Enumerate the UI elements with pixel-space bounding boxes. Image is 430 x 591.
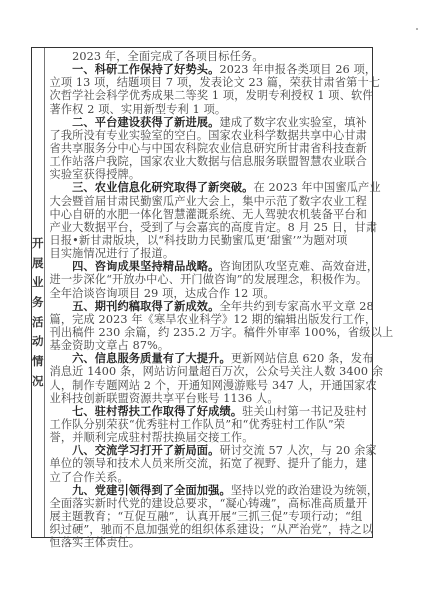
paragraph-line: 省共享服务分中心与中国农科院农业信息研究所甘肃省科技查新 xyxy=(50,142,394,155)
paragraph-heading: 四、咨询成果坚持精品战略。 xyxy=(72,259,219,273)
paragraph-text: 坚持以党的政治建设为统领， xyxy=(231,484,378,497)
paragraph-line: 消息近 1400 条，网站访问量超百万次，公众号关注人数 3400 余 xyxy=(50,365,394,378)
section-label-char: 况 xyxy=(32,372,44,392)
paragraph-first-line: 九、党建引领得到了全面加强。坚持以党的政治建设为统领， xyxy=(50,484,394,497)
section-label-char: 情 xyxy=(32,352,44,372)
paragraph-line: 进一步深化“开放办中心、开门做咨询”的发展理念，积极作为。 xyxy=(50,273,394,286)
paragraph-heading: 五、期刊约稿取得了新成效。 xyxy=(72,299,219,313)
paragraph-text: 咨询团队攻坚克难、高效奋进， xyxy=(219,260,378,273)
paragraph-line: 工作站落户我院，国家农业大数据与信息服务联盟智慧农业联合 xyxy=(50,155,394,168)
paragraph-line: 单位的领导和技术人员来所交流，拓宽了视野、提升了能力，建 xyxy=(50,457,394,470)
paragraph-first-line: 七、驻村帮扶工作取得了好成绩。驻关山村第一书记及驻村 xyxy=(50,405,394,418)
paragraph-first-line: 三、农业信息化研究取得了新突破。在 2023 年中国蜜瓜产业 xyxy=(50,181,394,194)
paragraph-text: 驻关山村第一书记及驻村 xyxy=(242,405,367,418)
section-label-char: 动 xyxy=(32,332,44,352)
paragraph-first-line: 八、交流学习打开了新局面。研讨交流 57 人次，与 20 余家 xyxy=(50,444,394,457)
paragraph-research: 一、科研工作保持了好势头。2023 年申报各类项目 26 项， 立项 13 项，… xyxy=(50,63,394,116)
section-label-char: 务 xyxy=(32,293,44,313)
paragraph-line: 全面落实新时代党的建设总要求，“凝心铸魂”，高标准高质量开 xyxy=(50,497,394,510)
paragraph-heading: 九、党建引领得到了全面加强。 xyxy=(72,483,231,497)
paragraph-line: 人，制作专题网站 2 个，开通知网漫游账号 347 人，开通国家农 xyxy=(50,379,394,392)
paragraph-line: 工作队分别荣获“优秀驻村工作队员”和“优秀驻村工作队”荣 xyxy=(50,418,394,431)
paragraph-line: 产业大数据平台，受到了与会嘉宾的高度肯定。8 月 25 日，甘肃 xyxy=(50,221,394,234)
section-label-char: 业 xyxy=(32,273,44,293)
paragraph-heading: 六、信息服务质量有了大提升。 xyxy=(72,351,231,365)
paragraph-text: 2023 年申报各类项目 26 项， xyxy=(219,63,376,76)
paragraph-text: 建成了数字农业实验室，填补 xyxy=(219,116,366,129)
paragraph-heading: 七、驻村帮扶工作取得了好成绩。 xyxy=(72,404,242,418)
paragraph-first-line: 一、科研工作保持了好势头。2023 年申报各类项目 26 项， xyxy=(50,63,394,76)
paragraph-line: 刊出稿件 230 余篇，约 235.2 万字。稿件外审率 100%，省级以上 xyxy=(50,326,394,339)
paragraph-party-building: 九、党建引领得到了全面加强。坚持以党的政治建设为统领， 全面落实新时代党的建设总… xyxy=(50,484,394,550)
section-label-char: 活 xyxy=(32,313,44,333)
paragraph-village-support: 七、驻村帮扶工作取得了好成绩。驻关山村第一书记及驻村 工作队分别荣获“优秀驻村工… xyxy=(50,405,394,444)
paragraph-heading: 一、科研工作保持了好势头。 xyxy=(72,62,219,76)
paragraph-heading: 二、平台建设获得了新进展。 xyxy=(72,115,219,129)
paragraph-exchange: 八、交流学习打开了新局面。研讨交流 57 人次，与 20 余家 单位的领导和技术… xyxy=(50,444,394,483)
paragraph-consulting: 四、咨询成果坚持精品战略。咨询团队攻坚克难、高效奋进， 进一步深化“开放办中心、… xyxy=(50,260,394,299)
paragraph-line: 篇，完成 2023 年《寒旱农业科学》12 期的编辑出版发行工作， xyxy=(50,313,394,326)
paragraph-line: 次哲学社会科学优秀成果二等奖 1 项，发明专利授权 1 项、软件 xyxy=(50,89,394,102)
paragraph-text: 更新网站信息 620 条，发布 xyxy=(231,352,374,365)
paragraph-info-service: 六、信息服务质量有了大提升。更新网站信息 620 条，发布 消息近 1400 条… xyxy=(50,352,394,405)
paragraph-text: 在 2023 年中国蜜瓜产业 xyxy=(254,181,381,194)
paragraph-text: 全年共约到专家高水平文章 28 xyxy=(219,300,373,313)
paragraph-informatization: 三、农业信息化研究取得了新突破。在 2023 年中国蜜瓜产业 大会暨首届甘肃民勤… xyxy=(50,181,394,260)
content-cell: 2023 年，全面完成了各项目标任务。 一、科研工作保持了好势头。2023 年申… xyxy=(45,48,398,537)
scan-speck xyxy=(416,28,418,30)
paragraph-first-line: 二、平台建设获得了新进展。建成了数字农业实验室，填补 xyxy=(50,116,394,129)
paragraph-heading: 八、交流学习打开了新局面。 xyxy=(72,443,219,457)
paragraph-line: 织过硬”，驰而不息加强党的组织体系建设；“从严治党”，持之以 xyxy=(50,523,394,536)
paragraph-platform: 二、平台建设获得了新进展。建成了数字农业实验室，填补 了我所没有专业实验室的空白… xyxy=(50,116,394,182)
section-label-cell: 开 展 业 务 活 动 情 况 xyxy=(32,48,45,537)
paragraph-line: 立项 13 项，结题项目 7 项，发表论文 23 篇，荣获甘肃省第十七 xyxy=(50,76,394,89)
section-label-char: 开 xyxy=(32,234,44,254)
paragraph-line: 大会暨首届甘肃民勤蜜瓜产业大会上，集中示范了数字农业工程 xyxy=(50,195,394,208)
paragraph-line: 恒落实主体责任。 xyxy=(50,536,394,549)
paragraph-text: 研讨交流 57 人次，与 20 余家 xyxy=(219,444,376,457)
paragraph-first-line: 四、咨询成果坚持精品战略。咨询团队攻坚克难、高效奋进， xyxy=(50,260,394,273)
paragraph-line: 中心自研的水肥一体化智慧灌溉系统、无人驾驶农机装备平台和 xyxy=(50,208,394,221)
paragraph-first-line: 五、期刊约稿取得了新成效。全年共约到专家高水平文章 28 xyxy=(50,300,394,313)
activity-table: 开 展 业 务 活 动 情 况 2023 年，全面完成了各项目标任务。 一、科研… xyxy=(31,47,373,538)
paragraph-line: 展主题教育；“互促互融”，认真开展“三抓三促”专项行动；“组 xyxy=(50,510,394,523)
paragraph-first-line: 六、信息服务质量有了大提升。更新网站信息 620 条，发布 xyxy=(50,352,394,365)
section-label-char: 展 xyxy=(32,254,44,274)
paragraph-line: 了我所没有专业实验室的空白。国家农业科学数据共享中心甘肃 xyxy=(50,129,394,142)
paragraph-journal: 五、期刊约稿取得了新成效。全年共约到专家高水平文章 28 篇，完成 2023 年… xyxy=(50,300,394,353)
paragraph-line: 日报•新甘肃版块，以“科技助力民勤蜜瓜更‘甜蜜’”为题对项 xyxy=(50,234,394,247)
paragraph-heading: 三、农业信息化研究取得了新突破。 xyxy=(72,180,253,194)
